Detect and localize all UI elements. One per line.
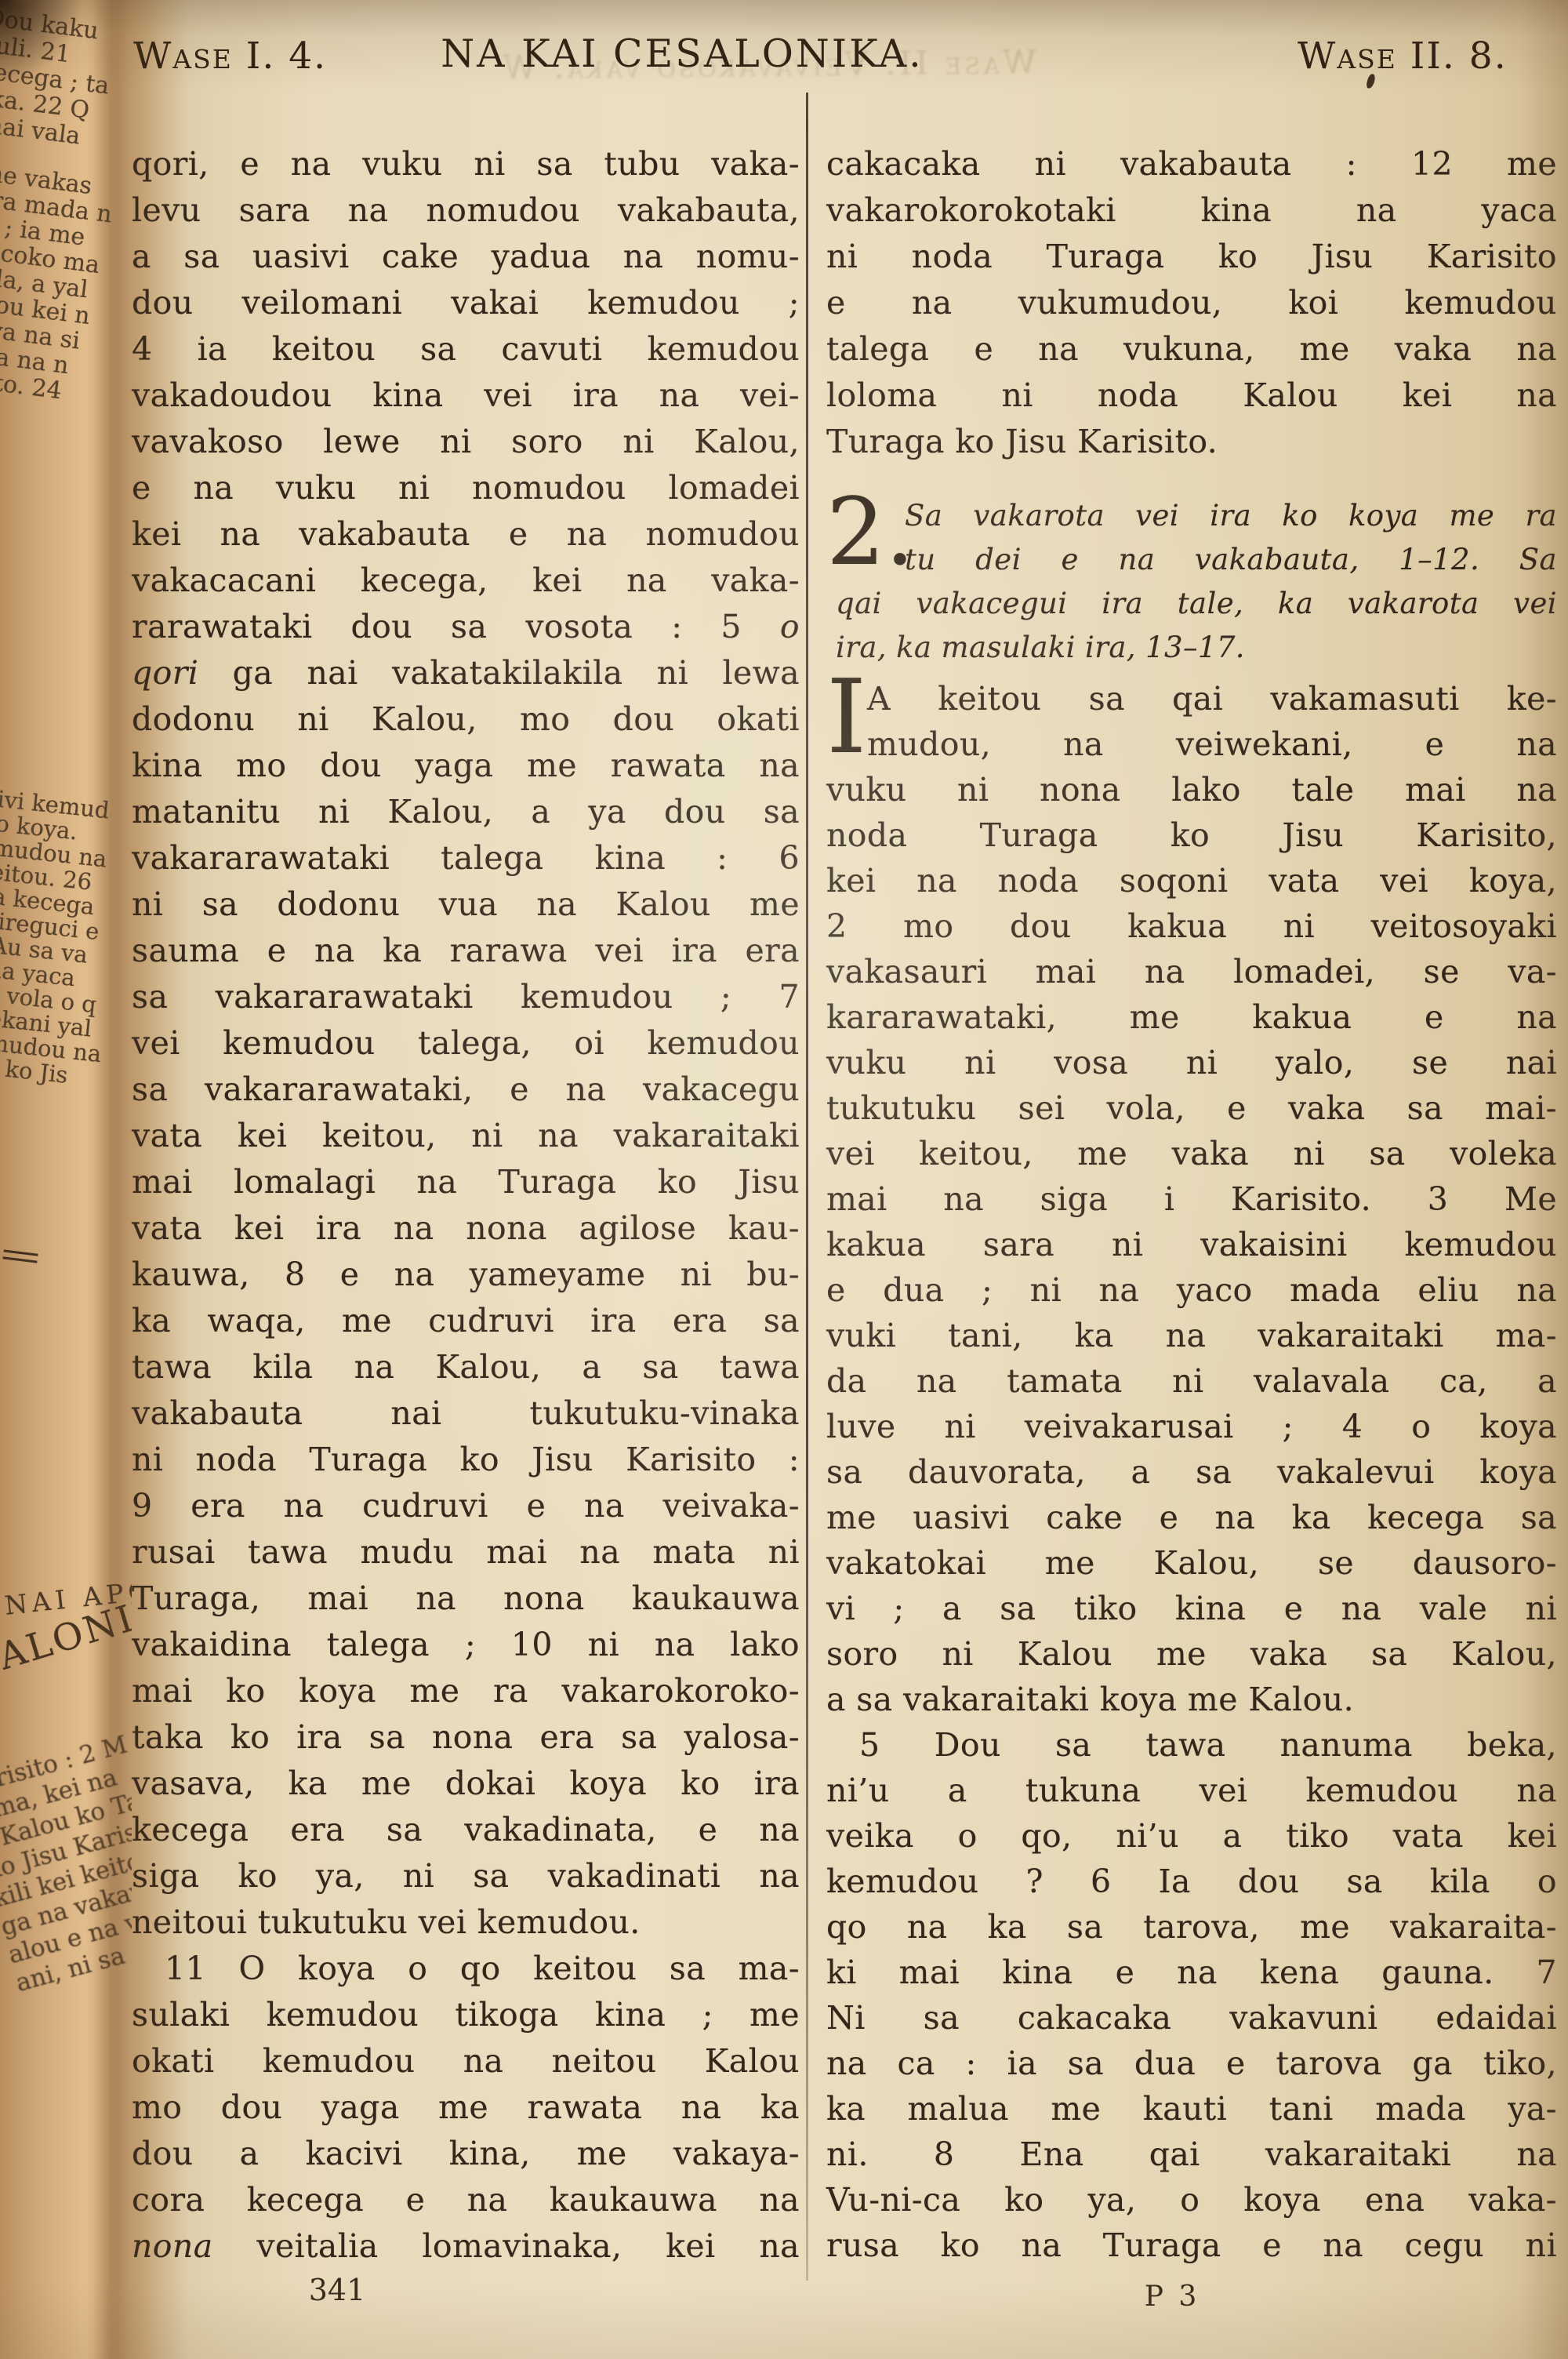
margin-fragment-group: me vakasara mada nui ; ia meaucoko macal… [0,160,117,408]
margin-double-rule [2,1249,38,1263]
text-line: ni’u a tukuna vei kemudou na [826,1768,1557,1813]
text-line: dou a kacivi kina, me vakaya- [132,2131,800,2177]
margin-fragment-group: civi kemudko koya.emudou nakeitou. 26ira… [0,786,128,1091]
right-column-intro: cakacaka ni vakabauta : 12 mevakarokorok… [826,141,1557,465]
text-line: vi ; a sa tiko kina e na vale ni [826,1586,1557,1631]
summary-line: tu dei e na vakabauta, 1–12. Sa [826,538,1557,582]
text-line: Ni sa cakacaka vakavuni edaidai [826,1995,1557,2041]
text-line: loloma ni noda Kalou kei na [826,373,1557,419]
text-line: vata kei keitou, ni na vakaraitaki [132,1113,800,1159]
text-line: ka waqa, me cudruvi ira era sa [132,1298,800,1344]
text-line: dodonu ni Kalou, mo dou okati [132,696,800,743]
text-line: rusai tawa mudu mai na mata ni [132,1529,800,1576]
text-line: veika o qo, ni’u a tiko vata kei [826,1813,1557,1859]
drop-cap: I [826,676,859,764]
text-line: qori, e na vuku ni sa tubu vaka- [132,141,800,187]
text-line: soro ni Kalou me vaka sa Kalou, [826,1631,1557,1677]
text-line: vei kemudou talega, oi kemudou [132,1020,800,1067]
text-line: luve ni veivakarusai ; 4 o koya [826,1404,1557,1449]
running-head-left: Wase I. 4. [133,35,327,78]
italic-word: nona [132,2227,213,2265]
text-line: e na vuku ni nomudou lomadei [132,465,800,511]
chapter-number: 2. [826,494,905,580]
printer-signature-mark: P 3 [1098,2281,1247,2313]
chapter-summary: 2. Sa vakarota vei ira ko koya me ratu d… [826,494,1557,670]
text-line: vakarokorokotaki kina na yaca [826,187,1557,234]
text-line: da na tamata ni valavala ca, a [826,1358,1557,1404]
text-line: vavakoso lewe ni soro ni Kalou, [132,419,800,465]
text-line: tukutuku sei vola, e vaka sa mai- [826,1085,1557,1131]
text-line: kakua sara ni vakaisini kemudou [826,1222,1557,1267]
text-line: cora kecega e na kaukauwa na [132,2177,800,2223]
text-line: ka malua me kauti tani mada ya- [826,2086,1557,2132]
text-line: e na vukumudou, koi kemudou [826,280,1557,326]
text-line: vuki tani, ka na vakaraitaki ma- [826,1313,1557,1358]
text-line: Turaga, mai na nona kaukauwa [132,1576,800,1622]
text-line: sulaki kemudou tikoga kina ; me [132,1992,800,2038]
text-line: noda Turaga ko Jisu Karisito, [826,812,1557,858]
chapter-body: I A keitou sa qai vakamasuti ke-mudou, n… [826,676,1557,2268]
text-line: a sa vakaraitaki koya me Kalou. [826,1677,1557,1722]
text-line: A keitou sa qai vakamasuti ke- [826,676,1557,722]
text-line: vakasauri mai na lomadei, se va- [826,949,1557,994]
text-line: vakadoudou kina vei ira na vei- [132,373,800,419]
text-line: 2 mo dou kakua ni veitosoyaki [826,903,1557,949]
left-column: qori, e na vuku ni sa tubu vaka-levu sar… [132,141,800,2270]
text-line: ni sa dodonu vua na Kalou me [132,881,800,928]
text-line: Turaga ko Jisu Karisito. [826,419,1557,465]
text-line: kina mo dou yaga me rawata na [132,743,800,789]
text-line: vakabauta nai tukutuku-vinaka [132,1390,800,1437]
text-line: sa dauvorata, a sa vakalevui koya [826,1449,1557,1495]
text-line: ki mai kina e na kena gauna. 7 [826,1950,1557,1995]
summary-line: Sa vakarota vei ira ko koya me ra [826,494,1557,538]
text-line: mai lomalagi na Turaga ko Jisu [132,1159,800,1205]
book-page-photo: Dou kakuvuli. 21kecega ; taaka. 22 Qi na… [0,0,1568,2359]
margin-fragment-group: Dou kakuvuli. 21kecega ; taaka. 22 Qi na… [0,5,117,153]
margin-fragment-group: Karisito : 2 Mloma, kei naa Kalou ko Tak… [0,1730,132,1998]
text-line: 4 ia keitou sa cavuti kemudou [132,326,800,373]
text-line: vuku ni nona lako tale mai na [826,767,1557,812]
text-line: levu sara na nomudou vakabauta, [132,187,800,234]
column-divider-rule [806,93,808,2281]
text-line: qori ga nai vakatakilakila ni lewa [132,650,800,696]
text-line: siga ko ya, ni sa vakadinati na [132,1853,800,1899]
text-line: vakacacani kecega, kei na vaka- [132,558,800,604]
text-line: nona veitalia lomavinaka, kei na [132,2223,800,2270]
page-number: 341 [251,2273,423,2307]
text-line: dou veilomani vakai kemudou ; [132,280,800,326]
text-line: kemudou ? 6 Ia dou sa kila o [826,1859,1557,1904]
text-line: vuku ni vosa ni yalo, se nai [826,1040,1557,1085]
text-line: mai na siga i Karisito. 3 Me [826,1176,1557,1222]
text-line: kei na noda soqoni vata vei koya, [826,858,1557,903]
page-title: NA KAI CESALONIKA. [392,31,972,76]
text-line: mudou, na veiwekani, e na [826,722,1557,767]
text-line: okati kemudou na neitou Kalou [132,2038,800,2085]
text-line: vasava, ka me dokai koya ko ira [132,1761,800,1807]
running-head-right: Wase II. 8. [1298,35,1564,78]
text-line: tawa kila na Kalou, a sa tawa [132,1344,800,1390]
text-line: cakacaka ni vakabauta : 12 me [826,141,1557,187]
text-line: mai ko koya me ra vakarokoroko- [132,1668,800,1714]
text-line: sa vakararawataki, e na vakacegu [132,1067,800,1113]
text-line: kauwa, 8 e na yameyame ni bu- [132,1252,800,1298]
right-column: cakacaka ni vakabauta : 12 mevakarokorok… [826,141,1557,2268]
text-line: sauma e na ka rarawa vei ira era [132,928,800,974]
text-line: 5 Dou sa tawa nanuma beka, [826,1722,1557,1768]
text-line: vei keitou, me vaka ni sa voleka [826,1131,1557,1176]
text-line: vakaidina talega ; 10 ni na lako [132,1622,800,1668]
text-line: a sa uasivi cake yadua na nomu- [132,234,800,280]
text-line: matanitu ni Kalou, a ya dou sa [132,789,800,835]
text-line: vakararawataki talega kina : 6 [132,835,800,881]
text-line: sa vakararawataki kemudou ; 7 [132,974,800,1020]
text-line: 9 era na cudruvi e na veivaka- [132,1483,800,1529]
text-line: na ca : ia sa dua e tarova ga tiko, [826,2041,1557,2086]
text-line: mo dou yaga me rawata na ka [132,2085,800,2131]
text-line: ni noda Turaga ko Jisu Karisito : [132,1437,800,1483]
text-line: e dua ; ni na yaco mada eliu na [826,1267,1557,1313]
text-line: qo na ka sa tarova, me vakaraita- [826,1904,1557,1950]
text-line: ni. 8 Ena qai vakaraitaki na [826,2132,1557,2177]
text-line: Vu-ni-ca ko ya, o koya ena vaka- [826,2177,1557,2223]
text-line: rusa ko na Turaga e na cegu ni [826,2223,1557,2268]
text-line: talega e na vukuna, me vaka na [826,326,1557,373]
text-line: kei na vakabauta e na nomudou [132,511,800,558]
text-line: vakatokai me Kalou, se dausoro- [826,1540,1557,1586]
text-line: vata kei ira na nona agilose kau- [132,1205,800,1252]
text-line: neitoui tukutuku vei kemudou. [132,1899,800,1946]
italic-word: qori [132,654,198,692]
summary-line: qai vakacegui ira tale, ka vakarota vei [826,582,1557,626]
text-line: 11 O koya o qo keitou sa ma- [132,1946,800,1992]
text-line: me uasivi cake e na ka kecega sa [826,1495,1557,1540]
summary-line: ira, ka masulaki ira, 13–17. [826,626,1557,670]
previous-page-edge: Dou kakuvuli. 21kecega ; taaka. 22 Qi na… [0,0,132,2359]
text-line: kararawataki, me kakua e na [826,994,1557,1040]
text-line: taka ko ira sa nona era sa yalosa- [132,1714,800,1761]
italic-word: o [780,608,800,645]
text-line: ni noda Turaga ko Jisu Karisito [826,234,1557,280]
text-line: rarawataki dou sa vosota : 5 o [132,604,800,650]
text-line: kecega era sa vakadinata, e na [132,1807,800,1853]
